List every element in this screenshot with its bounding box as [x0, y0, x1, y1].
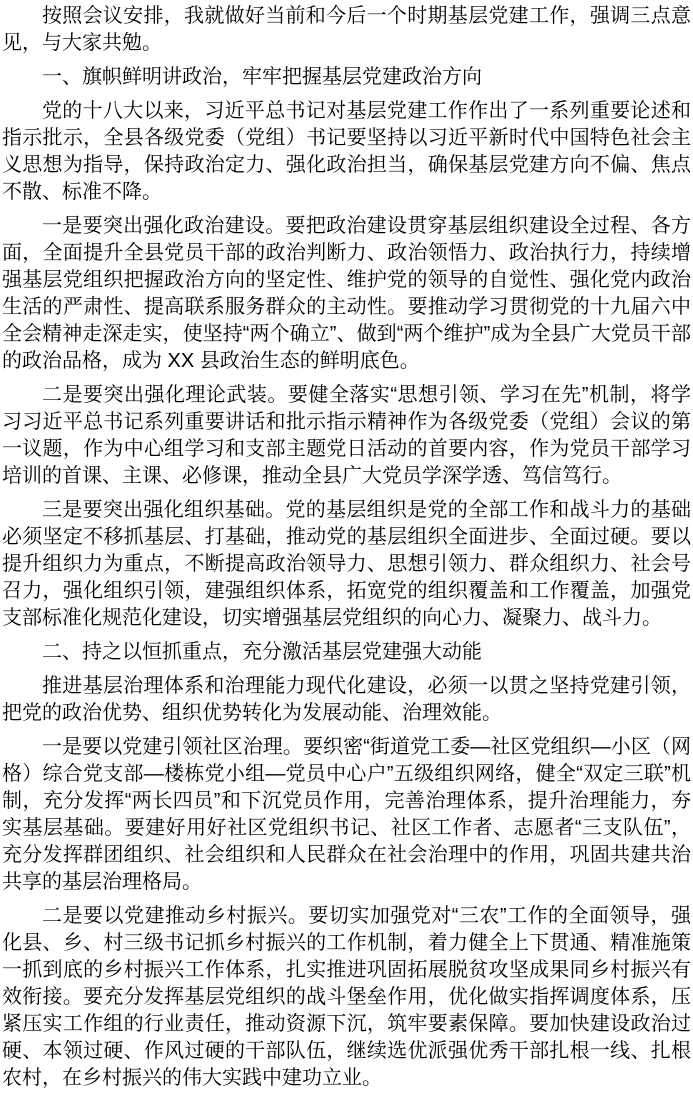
section-1-lead-paragraph: 党的十八大以来，习近平总书记对基层党建工作作出了一系列重要论述和指示批示，全县各…	[2, 98, 691, 206]
section-2-heading: 二、持之以恒抓重点，充分激活基层党建强大动能	[2, 639, 691, 666]
section-1-heading: 一、旗帜鲜明讲政治，牢牢把握基层党建政治方向	[2, 64, 691, 91]
document-page: 按照会议安排，我就做好当前和今后一个时期基层党建工作，强调三点意见，与大家共勉。…	[0, 0, 693, 1097]
intro-paragraph: 按照会议安排，我就做好当前和今后一个时期基层党建工作，强调三点意见，与大家共勉。	[2, 3, 691, 57]
section-1-point-1-paragraph: 一是要突出强化政治建设。要把政治建设贯穿基层组织建设全过程、各方面，全面提升全县…	[2, 213, 691, 375]
section-2-point-2-paragraph: 二是要以党建推动乡村振兴。要切实加强党对“三农”工作的全面领导，强化县、乡、村三…	[2, 903, 691, 1092]
section-1-point-3-paragraph: 三是要突出强化组织基础。党的基层组织是党的全部工作和战斗力的基础必须坚定不移抓基…	[2, 497, 691, 632]
section-2-lead-paragraph: 推进基层治理体系和治理能力现代化建设，必须一以贯之坚持党建引领，把党的政治优势、…	[2, 673, 691, 727]
section-1-point-2-paragraph: 二是要突出强化理论武装。要健全落实“思想引领、学习在先”机制，将学习习近平总书记…	[2, 382, 691, 490]
section-2-point-1-paragraph: 一是要以党建引领社区治理。要织密“街道党工委—社区党组织—小区（网格）综合党支部…	[2, 734, 691, 896]
